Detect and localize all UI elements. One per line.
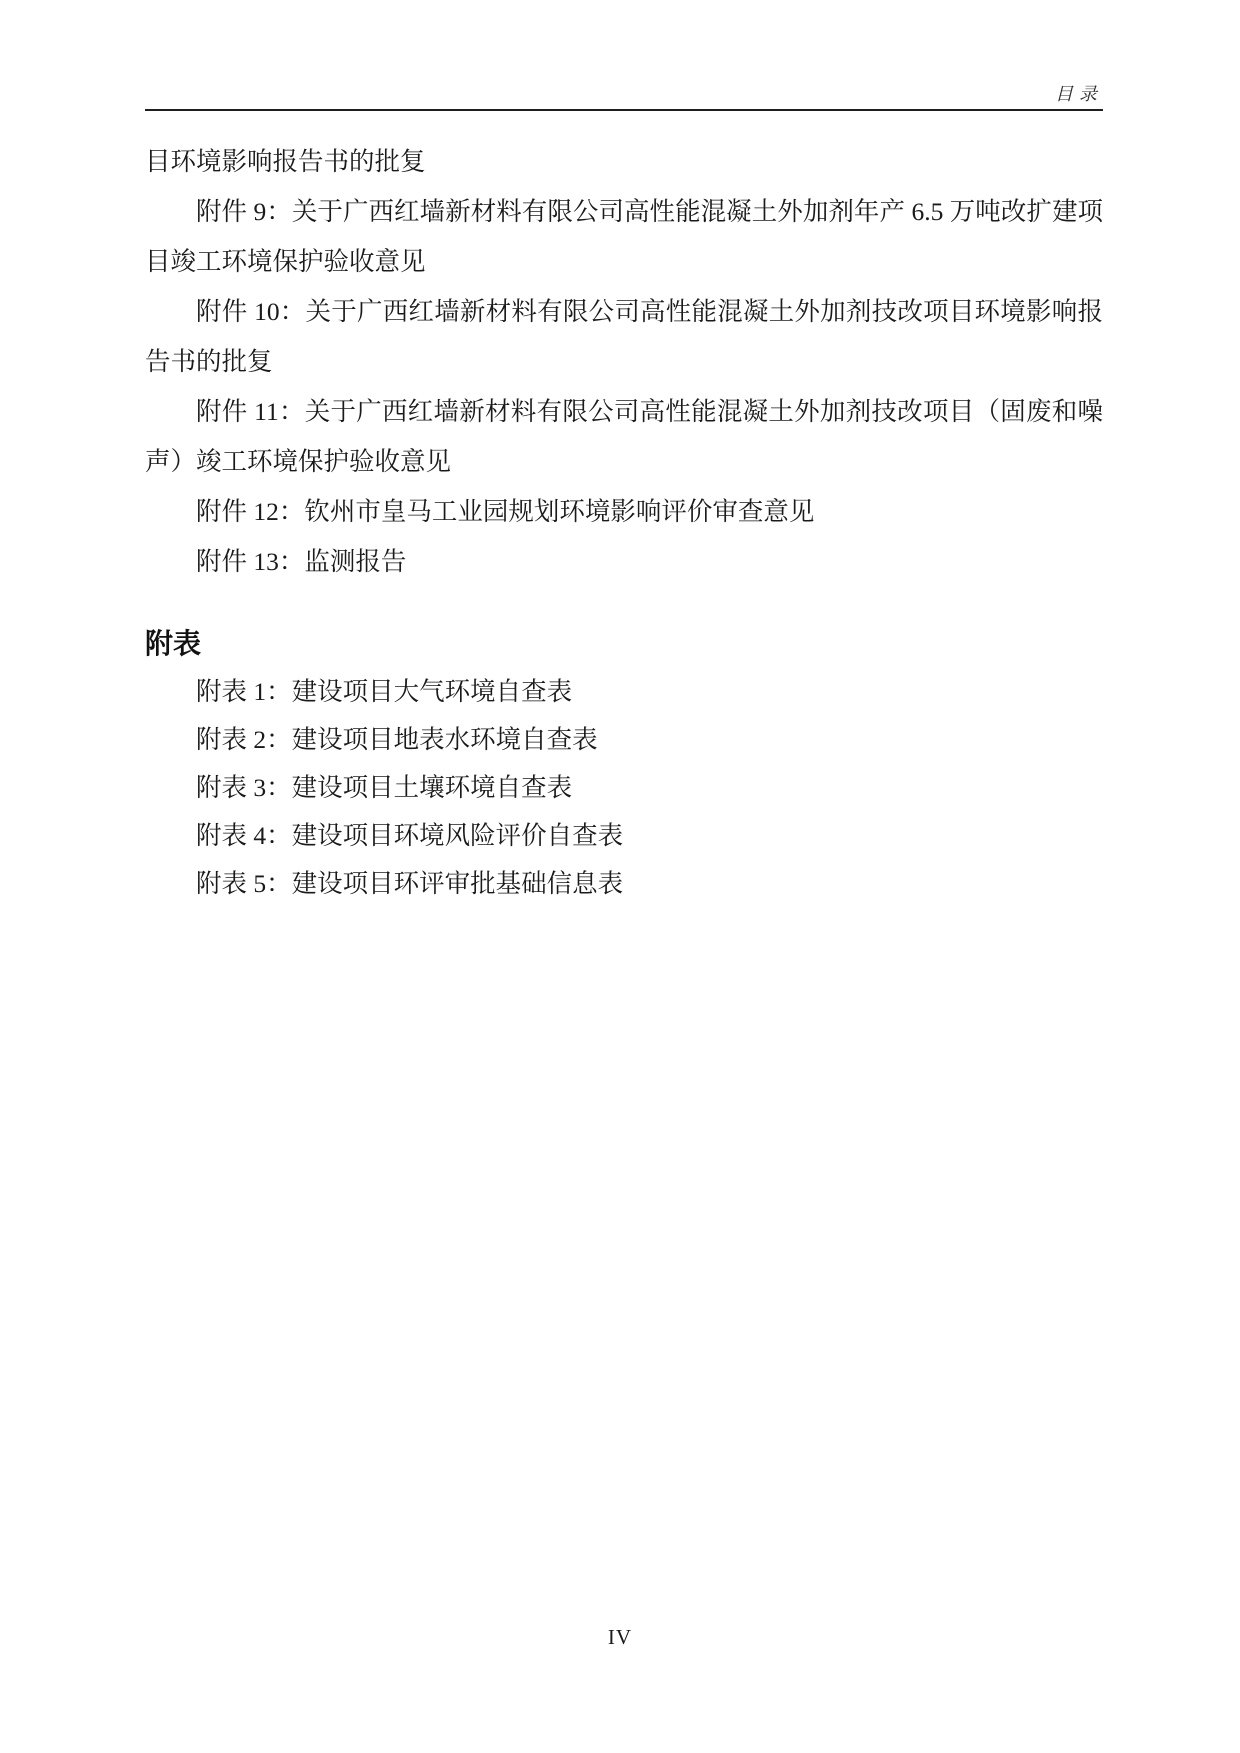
tables-section-heading: 附表 — [145, 624, 1103, 664]
table-item-5: 附表 5：建设项目环评审批基础信息表 — [145, 860, 1103, 908]
attachment-item-9: 附件 9：关于广西红墙新材料有限公司高性能混凝土外加剂年产 6.5 万吨改扩建项… — [145, 187, 1103, 287]
header-title: 目录 — [1055, 80, 1103, 106]
page-number: IV — [0, 1625, 1240, 1650]
table-item-1: 附表 1：建设项目大气环境自查表 — [145, 668, 1103, 716]
table-item-2: 附表 2：建设项目地表水环境自查表 — [145, 716, 1103, 764]
attachment-item-12: 附件 12：钦州市皇马工业园规划环境影响评价审查意见 — [145, 487, 1103, 537]
page-header: 目录 — [145, 0, 1103, 111]
document-page: 目录 目环境影响报告书的批复 附件 9：关于广西红墙新材料有限公司高性能混凝土外… — [0, 0, 1240, 1753]
table-item-3: 附表 3：建设项目土壤环境自查表 — [145, 764, 1103, 812]
attachment-item-10: 附件 10：关于广西红墙新材料有限公司高性能混凝土外加剂技改项目环境影响报告书的… — [145, 287, 1103, 387]
page-content: 目录 目环境影响报告书的批复 附件 9：关于广西红墙新材料有限公司高性能混凝土外… — [145, 0, 1103, 908]
attachment-item-11: 附件 11：关于广西红墙新材料有限公司高性能混凝土外加剂技改项目（固废和噪声）竣… — [145, 387, 1103, 487]
table-item-4: 附表 4：建设项目环境风险评价自查表 — [145, 812, 1103, 860]
toc-body: 目环境影响报告书的批复 附件 9：关于广西红墙新材料有限公司高性能混凝土外加剂年… — [145, 137, 1103, 587]
paragraph-continuation: 目环境影响报告书的批复 — [145, 137, 1103, 187]
tables-list: 附表 1：建设项目大气环境自查表 附表 2：建设项目地表水环境自查表 附表 3：… — [145, 668, 1103, 908]
attachment-item-13: 附件 13：监测报告 — [145, 537, 1103, 587]
